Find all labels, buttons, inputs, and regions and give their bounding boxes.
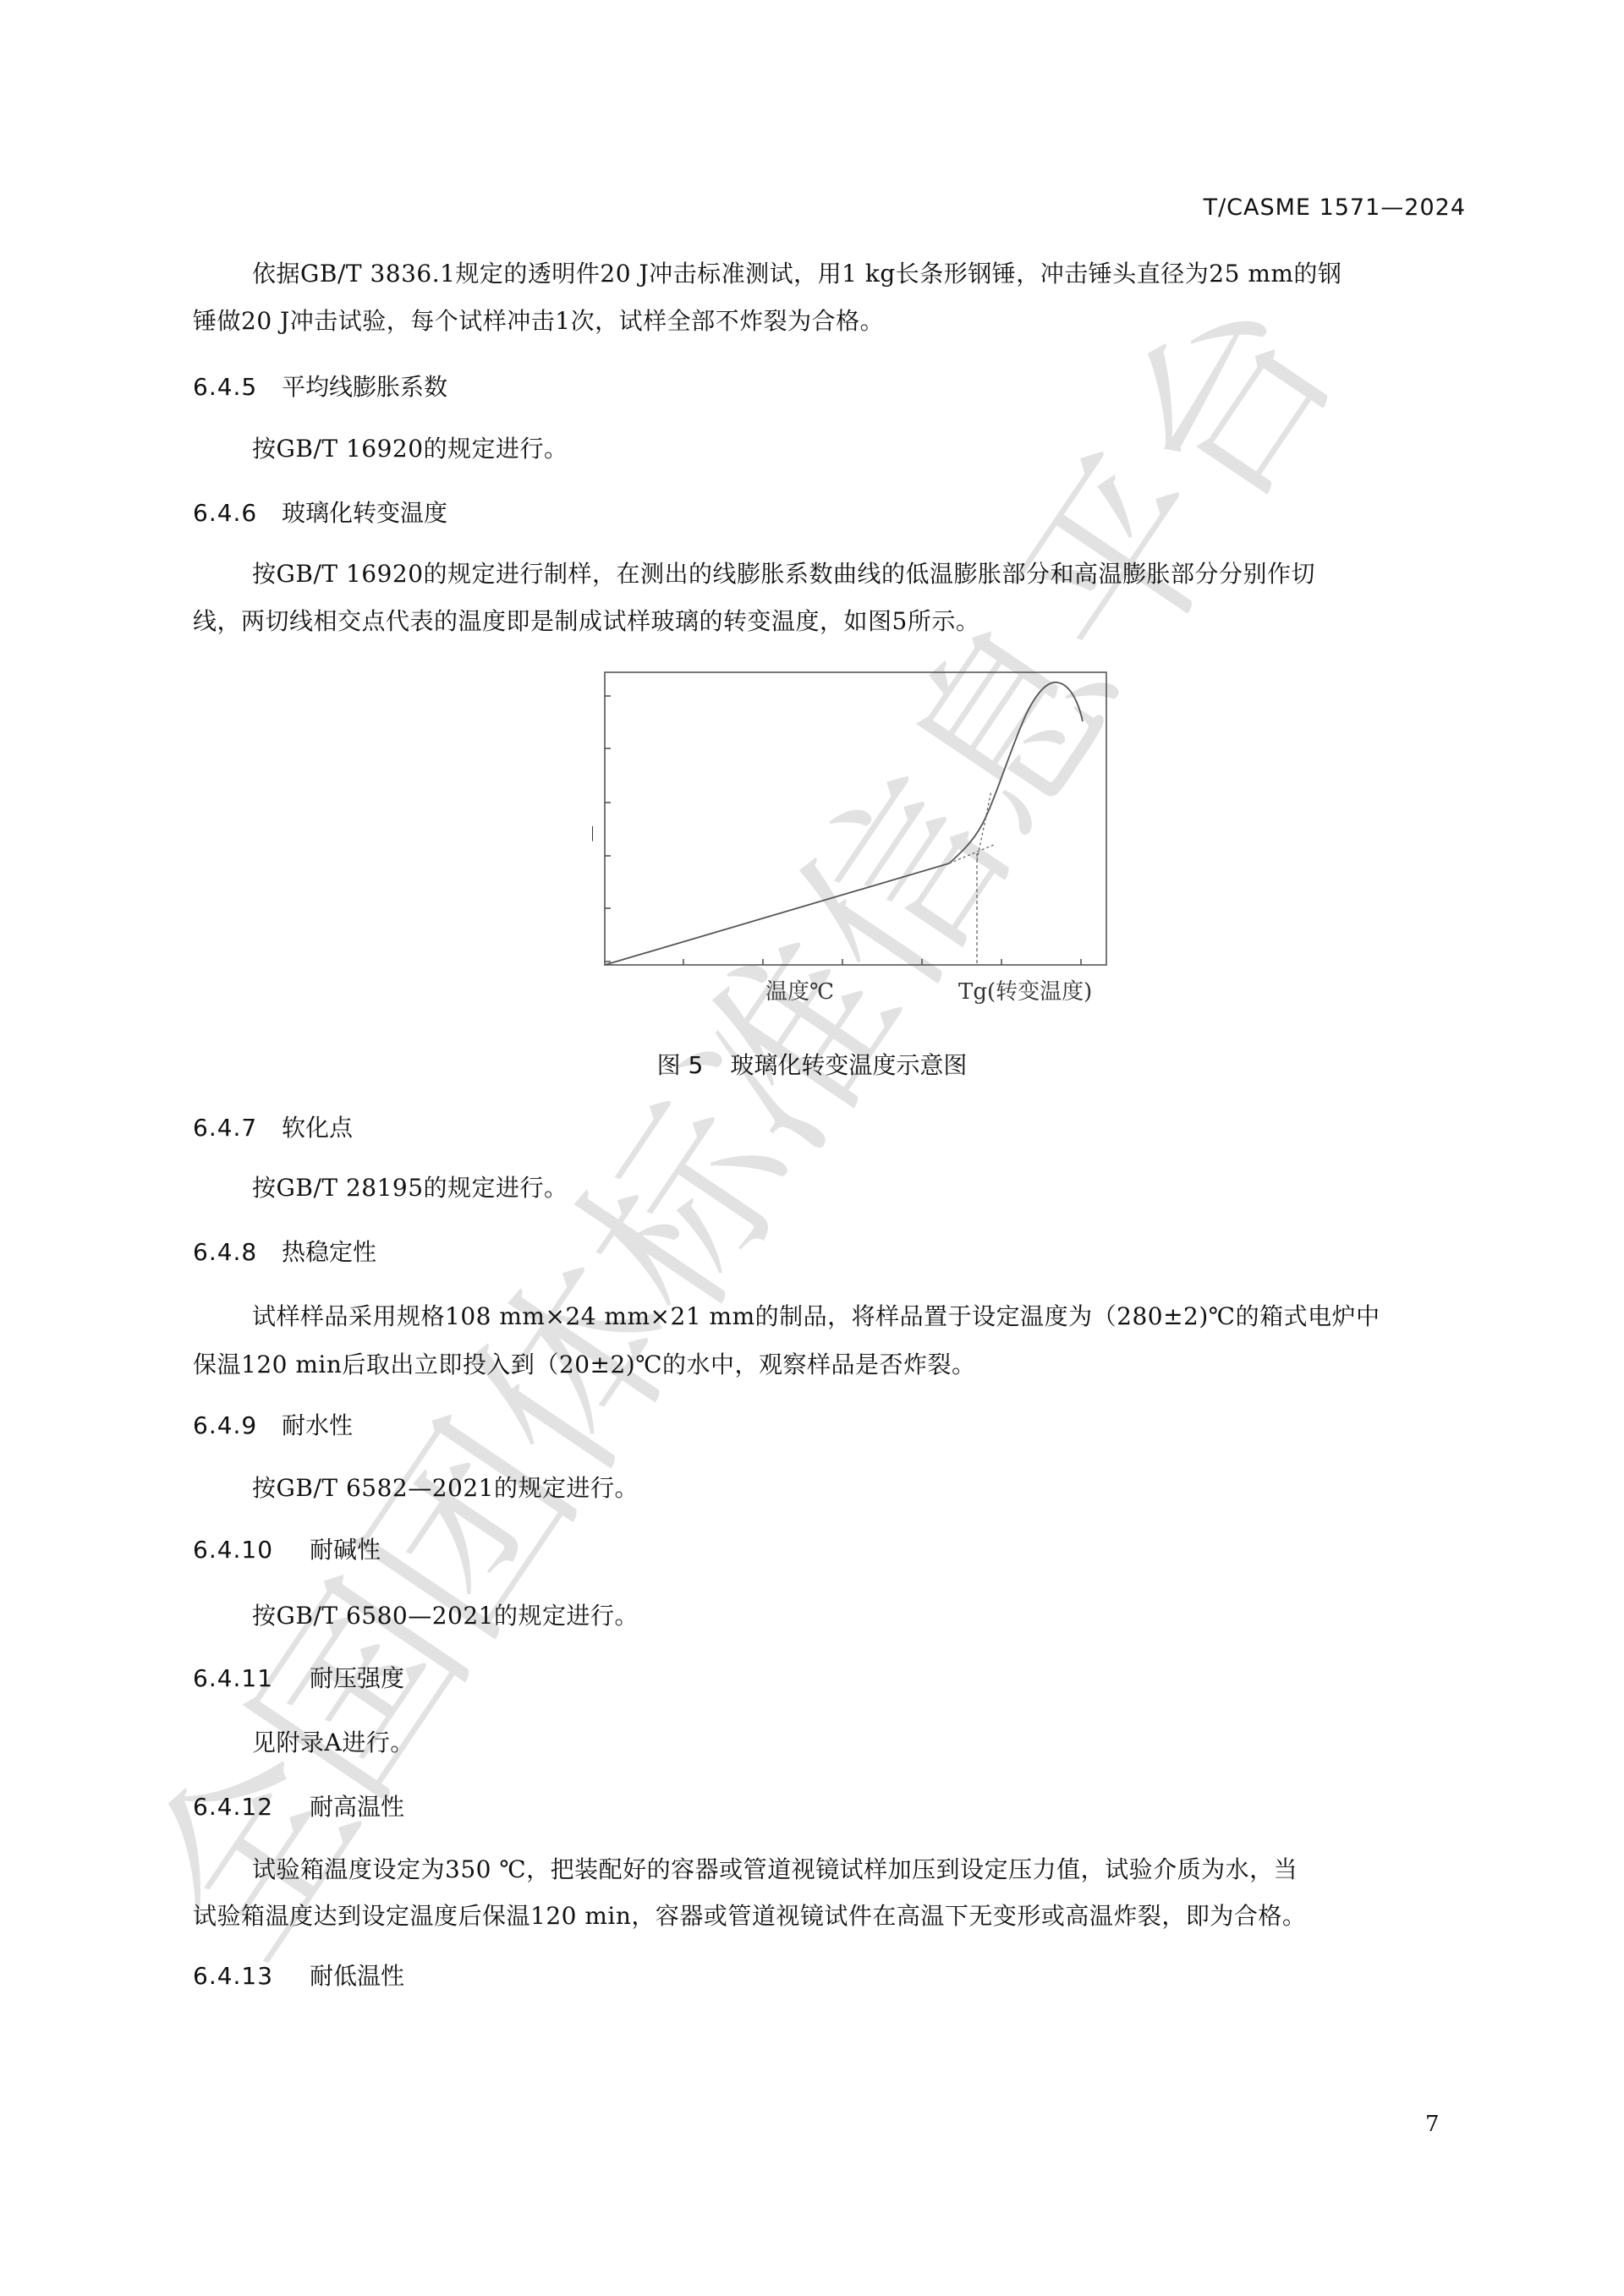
section-heading-6-4-8: 6.4.8热稳定性 xyxy=(193,1234,376,1268)
section-paragraph: 按GB/T 16920的规定进行。 xyxy=(252,430,568,464)
y-axis-label: △L/L₀ xyxy=(592,784,595,841)
section-title: 耐高温性 xyxy=(310,1793,404,1821)
section-number: 6.4.9 xyxy=(193,1411,282,1439)
page-number: 7 xyxy=(1425,2112,1440,2137)
section-number: 6.4.13 xyxy=(193,1962,310,1990)
section-title: 软化点 xyxy=(282,1114,353,1142)
section-paragraph: 按GB/T 28195的规定进行。 xyxy=(252,1170,568,1203)
section-paragraph-line-2: 线，两切线相交点代表的温度即是制成试样玻璃的转变温度，如图5所示。 xyxy=(193,603,979,637)
section-title: 热稳定性 xyxy=(282,1238,376,1266)
section-paragraph-line-1: 试验箱温度设定为350 ℃，把装配好的容器或管道视镜试样加压到设定压力值，试验介… xyxy=(252,1851,1298,1885)
x-axis-ticks xyxy=(683,959,1081,965)
section-paragraph-line-2: 保温120 min后取出立即投入到（20±2)℃的水中，观察样品是否炸裂。 xyxy=(193,1346,976,1380)
section-number: 6.4.5 xyxy=(193,373,282,401)
glass-transition-chart: △L/L₀ 温度℃ Tg(转变温度) xyxy=(592,664,1167,1019)
figure-caption: 图 5玻璃化转变温度示意图 xyxy=(0,1047,1624,1081)
section-paragraph-line-2: 试验箱温度达到设定温度后保温120 min，容器或管道视镜试件在高温下无变形或高… xyxy=(193,1898,1306,1932)
section-number: 6.4.7 xyxy=(193,1114,282,1142)
section-title: 平均线膨胀系数 xyxy=(282,373,447,401)
section-heading-6-4-7: 6.4.7软化点 xyxy=(193,1110,353,1143)
section-title: 耐低温性 xyxy=(310,1962,404,1990)
section-paragraph-line-1: 试样样品采用规格108 mm×24 mm×21 mm的制品，将样品置于设定温度为… xyxy=(252,1298,1380,1332)
x-axis-label: 温度℃ xyxy=(765,979,834,1005)
section-heading-6-4-6: 6.4.6玻璃化转变温度 xyxy=(193,495,447,529)
section-number: 6.4.11 xyxy=(193,1664,310,1692)
y-axis-ticks xyxy=(605,696,611,962)
section-number: 6.4.6 xyxy=(193,499,282,527)
figure-number: 图 5 xyxy=(657,1051,704,1079)
section-paragraph-line-1: 按GB/T 16920的规定进行制样，在测出的线膨胀系数曲线的低温膨胀部分和高温… xyxy=(252,556,1315,589)
low-temp-tangent xyxy=(949,845,994,863)
tg-label: Tg(转变温度) xyxy=(958,979,1092,1005)
section-title: 耐碱性 xyxy=(310,1536,381,1564)
section-number: 6.4.8 xyxy=(193,1238,282,1266)
intro-paragraph-line-2: 锤做20 J冲击试验，每个试样冲击1次，试样全部不炸裂为合格。 xyxy=(193,303,884,337)
section-title: 玻璃化转变温度 xyxy=(282,499,447,527)
section-heading-6-4-9: 6.4.9耐水性 xyxy=(193,1407,353,1441)
intro-paragraph-line-1: 依据GB/T 3836.1规定的透明件20 J冲击标准测试，用1 kg长条形钢锤… xyxy=(252,255,1341,289)
section-heading-6-4-11: 6.4.11耐压强度 xyxy=(193,1660,404,1694)
section-title: 耐水性 xyxy=(282,1411,353,1439)
section-title: 耐压强度 xyxy=(310,1664,404,1692)
section-paragraph: 见附录A进行。 xyxy=(252,1724,414,1758)
section-number: 6.4.12 xyxy=(193,1793,310,1821)
section-heading-6-4-5: 6.4.5平均线膨胀系数 xyxy=(193,369,447,403)
section-paragraph: 按GB/T 6582—2021的规定进行。 xyxy=(252,1470,639,1504)
chart-frame xyxy=(605,672,1106,965)
figure-title: 玻璃化转变温度示意图 xyxy=(730,1051,967,1079)
high-temp-tangent xyxy=(977,791,991,860)
section-heading-6-4-10: 6.4.10耐碱性 xyxy=(193,1532,381,1565)
standard-code: T/CASME 1571—2024 xyxy=(1204,195,1466,221)
watermark: 全国团体标准信息平台 xyxy=(0,0,1624,2296)
document-page: 全国团体标准信息平台 T/CASME 1571—2024 依据GB/T 3836… xyxy=(0,0,1624,2296)
section-paragraph: 按GB/T 6580—2021的规定进行。 xyxy=(252,1597,639,1631)
section-number: 6.4.10 xyxy=(193,1536,310,1564)
section-heading-6-4-13: 6.4.13耐低温性 xyxy=(193,1958,404,1992)
expansion-curve xyxy=(605,682,1083,965)
section-heading-6-4-12: 6.4.12耐高温性 xyxy=(193,1789,404,1822)
